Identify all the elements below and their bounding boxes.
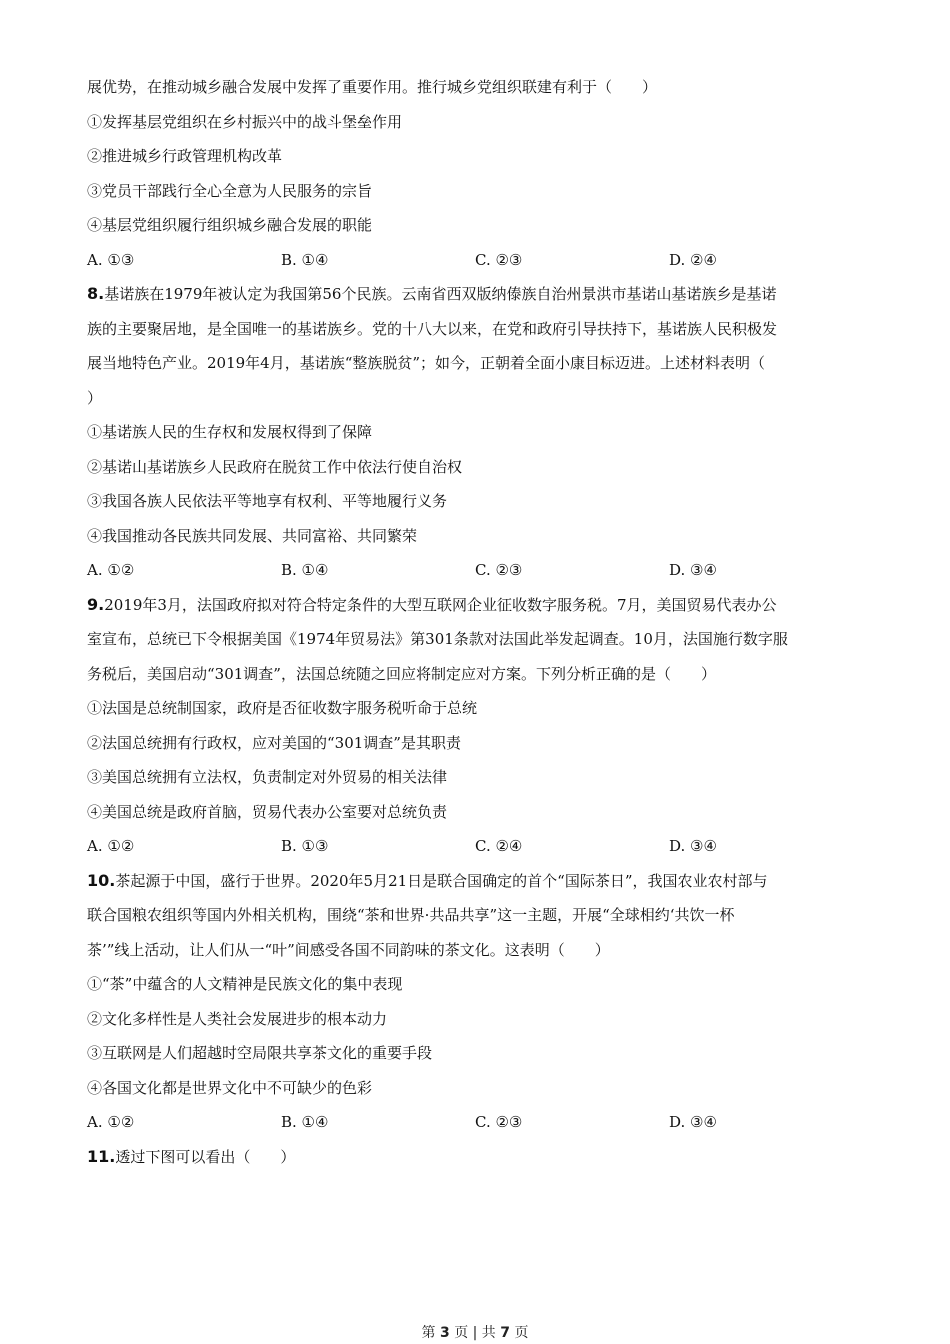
statement-item: ②基诺山基诺族乡人民政府在脱贫工作中依法行使自治权 [87,450,863,485]
option-b[interactable]: B. ①④ [281,243,475,278]
statement-item: ④各国文化都是世界文化中不可缺少的色彩 [87,1071,863,1106]
stem-text: 透过下图可以看出（ ） [115,1148,295,1166]
question-stem-line: 务税后，美国启动“301调查”，法国总统随之回应将制定应对方案。下列分析正确的是… [87,657,863,692]
statement-item: ①法国是总统制国家，政府是否征收数字服务税听命于总统 [87,691,863,726]
option-d[interactable]: D. ③④ [669,553,863,588]
question-stem-line: 10.茶起源于中国，盛行于世界。2020年5月21日是联合国确定的首个“国际茶日… [87,864,863,899]
current-page-number: 3 [440,1325,450,1341]
answer-options: A. ①② B. ①④ C. ②③ D. ③④ [87,1105,863,1140]
question-number: 8. [87,284,104,303]
statement-item: ①“茶”中蕴含的人文精神是民族文化的集中表现 [87,967,863,1002]
statement-item: ①发挥基层党组织在乡村振兴中的战斗堡垒作用 [87,105,863,140]
statement-item: ②推进城乡行政管理机构改革 [87,139,863,174]
page-footer: 第 3 页 | 共 7 页 [0,1322,950,1342]
question-stem-line: 9.2019年3月，法国政府拟对符合特定条件的大型互联网企业征收数字服务税。7月… [87,588,863,623]
option-b[interactable]: B. ①③ [281,829,475,864]
option-b[interactable]: B. ①④ [281,1105,475,1140]
question-number: 9. [87,595,104,614]
question-11: 11.透过下图可以看出（ ） [87,1140,863,1175]
option-a[interactable]: A. ①② [87,829,281,864]
question-stem-line: 族的主要聚居地，是全国唯一的基诺族乡。党的十八大以来，在党和政府引导扶持下，基诺… [87,312,863,347]
statement-item: ③互联网是人们超越时空局限共享茶文化的重要手段 [87,1036,863,1071]
stem-text: 2019年3月，法国政府拟对符合特定条件的大型互联网企业征收数字服务税。7月，美… [104,596,776,614]
option-c[interactable]: C. ②③ [475,243,669,278]
option-c[interactable]: C. ②③ [475,1105,669,1140]
question-number: 11. [87,1147,115,1166]
question-stem-line: 茶’”线上活动，让人们从一“叶”间感受各国不同韵味的茶文化。这表明（ ） [87,933,863,968]
question-number: 10. [87,871,115,890]
total-page-number: 7 [500,1325,510,1341]
question-7: 展优势，在推动城乡融合发展中发挥了重要作用。推行城乡党组织联建有利于（ ） ①发… [87,70,863,277]
question-9: 9.2019年3月，法国政府拟对符合特定条件的大型互联网企业征收数字服务税。7月… [87,588,863,864]
question-stem-line: 室宣布，总统已下令根据美国《1974年贸易法》第301条款对法国此举发起调查。1… [87,622,863,657]
option-a[interactable]: A. ①② [87,553,281,588]
option-d[interactable]: D. ③④ [669,829,863,864]
option-d[interactable]: D. ③④ [669,1105,863,1140]
statement-item: ②法国总统拥有行政权，应对美国的“301调查”是其职责 [87,726,863,761]
answer-options: A. ①② B. ①③ C. ②④ D. ③④ [87,829,863,864]
statement-item: ③美国总统拥有立法权，负责制定对外贸易的相关法律 [87,760,863,795]
question-stem-line: 11.透过下图可以看出（ ） [87,1140,863,1175]
statement-item: ④我国推动各民族共同发展、共同富裕、共同繁荣 [87,519,863,554]
question-stem-line: ） [87,381,863,416]
option-b[interactable]: B. ①④ [281,553,475,588]
statement-item: ②文化多样性是人类社会发展进步的根本动力 [87,1002,863,1037]
statement-item: ④基层党组织履行组织城乡融合发展的职能 [87,208,863,243]
question-stem-line: 8.基诺族在1979年被认定为我国第56个民族。云南省西双版纳傣族自治州景洪市基… [87,277,863,312]
statement-item: ③我国各族人民依法平等地享有权利、平等地履行义务 [87,484,863,519]
statement-item: ③党员干部践行全心全意为人民服务的宗旨 [87,174,863,209]
answer-options: A. ①② B. ①④ C. ②③ D. ③④ [87,553,863,588]
footer-suffix: 页 [514,1325,528,1341]
question-8: 8.基诺族在1979年被认定为我国第56个民族。云南省西双版纳傣族自治州景洪市基… [87,277,863,588]
footer-prefix: 第 [422,1325,436,1341]
footer-separator: 页 | 共 [454,1325,496,1341]
stem-text: 茶起源于中国，盛行于世界。2020年5月21日是联合国确定的首个“国际茶日”，我… [115,872,767,890]
exam-page: 展优势，在推动城乡融合发展中发挥了重要作用。推行城乡党组织联建有利于（ ） ①发… [87,70,863,1174]
option-c[interactable]: C. ②④ [475,829,669,864]
question-stem-line: 展优势，在推动城乡融合发展中发挥了重要作用。推行城乡党组织联建有利于（ ） [87,70,863,105]
option-a[interactable]: A. ①③ [87,243,281,278]
question-10: 10.茶起源于中国，盛行于世界。2020年5月21日是联合国确定的首个“国际茶日… [87,864,863,1140]
statement-item: ①基诺族人民的生存权和发展权得到了保障 [87,415,863,450]
stem-text: 基诺族在1979年被认定为我国第56个民族。云南省西双版纳傣族自治州景洪市基诺山… [104,285,776,303]
answer-options: A. ①③ B. ①④ C. ②③ D. ②④ [87,243,863,278]
option-c[interactable]: C. ②③ [475,553,669,588]
question-stem-line: 展当地特色产业。2019年4月，基诺族“整族脱贫”；如今，正朝着全面小康目标迈进… [87,346,863,381]
option-d[interactable]: D. ②④ [669,243,863,278]
option-a[interactable]: A. ①② [87,1105,281,1140]
statement-item: ④美国总统是政府首脑，贸易代表办公室要对总统负责 [87,795,863,830]
question-stem-line: 联合国粮农组织等国内外相关机构，围绕“茶和世界·共品共享”这一主题，开展“全球相… [87,898,863,933]
